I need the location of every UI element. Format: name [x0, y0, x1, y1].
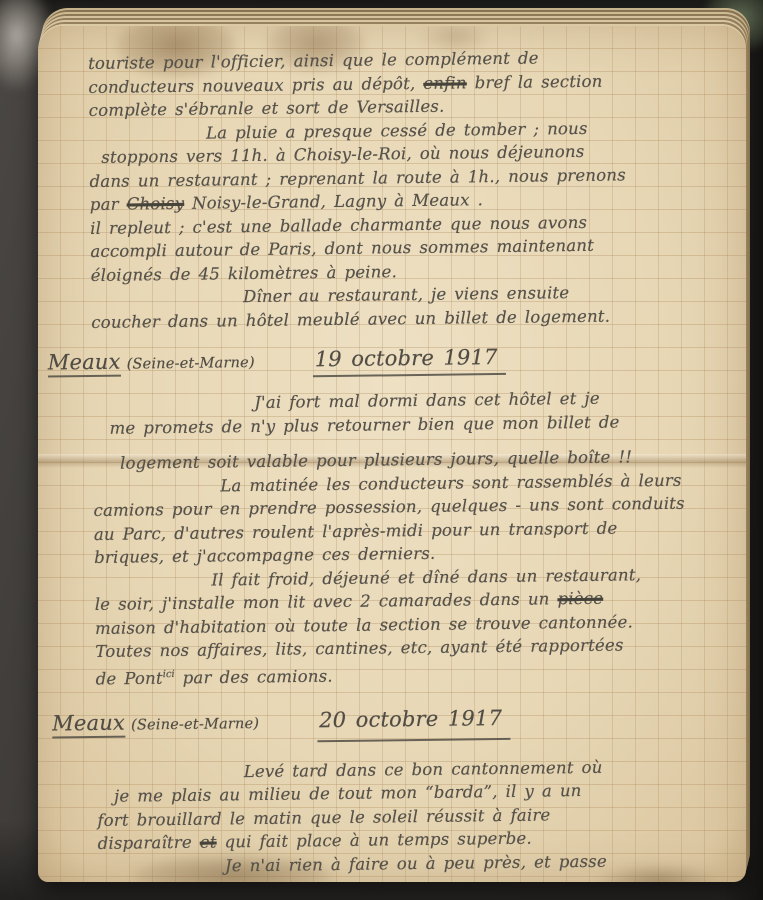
- text-segment: coucher dans un hôtel meublé avec un bil…: [91, 306, 610, 331]
- entry-date: 20 octobre 1917: [317, 704, 510, 741]
- text-segment: logement soit valable pour plusieurs jou…: [120, 447, 632, 472]
- text-segment: La pluie a presque cessé de tomber ; nou…: [206, 118, 588, 142]
- text-segment: conducteurs nouveaux pris au dépôt,: [88, 73, 423, 96]
- text-segment: stoppons vers 11h. à Choisy-le-Roi, où n…: [101, 142, 584, 167]
- text-segment: je me plais au milieu de tout mon “barda…: [114, 781, 582, 806]
- text-segment: Il fait froid, déjeuné et dîné dans un r…: [211, 565, 641, 589]
- text-segment: Levé tard dans ce bon cantonnement où: [244, 757, 603, 780]
- text-segment: qui fait place à un temps superbe.: [216, 829, 531, 852]
- entry-heading: Meaux(Seine-et-Marne)19 octobre 1917: [48, 341, 744, 381]
- text-segment: La matinée les conducteurs sont rassembl…: [220, 470, 682, 495]
- handwritten-line: me promets de n'y plus retourner bien qu…: [109, 409, 744, 440]
- notebook-page: touriste pour l'officier, ainsi que le c…: [38, 26, 746, 882]
- text-segment: complète s'ébranle et sort de Versailles…: [89, 97, 445, 120]
- text-segment: touriste pour l'officier, ainsi que le c…: [88, 48, 539, 73]
- text-segment: bref la section: [467, 71, 603, 92]
- strikethrough-word: enfin: [423, 73, 467, 93]
- entry-region: (Seine-et-Marne): [131, 715, 259, 733]
- text-segment: de Pont: [96, 668, 163, 688]
- handwritten-line: coucher dans un hôtel meublé avec un bil…: [91, 303, 743, 334]
- text-segment: J'ai fort mal dormi dans cet hôtel et je: [254, 389, 600, 412]
- text-segment: par des camions.: [175, 666, 333, 687]
- text-segment: le soir, j'installe mon lit avec 2 camar…: [95, 589, 558, 614]
- photo-of-war-diary: { "document": { "kind": "handwritten dia…: [0, 0, 763, 900]
- text-segment: fort brouillard le matin que le soleil r…: [97, 805, 550, 830]
- entry-place: Meaux: [48, 350, 121, 378]
- entry-place: Meaux: [52, 710, 125, 738]
- strikethrough-word: Choisy: [127, 194, 185, 214]
- text-segment: au Parc, d'autres roulent l'après-midi p…: [94, 518, 618, 543]
- handwriting-layer: touriste pour l'officier, ainsi que le c…: [88, 44, 746, 879]
- text-segment: Dîner au restaurant, je viens ensuite: [243, 283, 570, 306]
- text-segment: il repleut ; c'est une ballade charmante…: [90, 212, 587, 237]
- text-segment: me promets de n'y plus retourner bien qu…: [109, 412, 619, 437]
- text-segment: dans un restaurant ; reprenant la route …: [89, 165, 625, 191]
- strikethrough-word: pièce: [557, 589, 603, 609]
- text-segment: accompli autour de Paris, dont nous somm…: [90, 236, 594, 261]
- text-segment: Je n'ai rien à faire ou à peu près, et p…: [225, 851, 607, 875]
- text-segment: Noisy-le-Grand, Lagny à Meaux .: [184, 190, 483, 213]
- text-segment: éloignés de 45 kilomètres à peine.: [91, 262, 397, 285]
- entry-heading: Meaux(Seine-et-Marne)20 octobre 1917: [52, 701, 746, 745]
- superscript-insert: ici: [163, 668, 175, 679]
- text-segment: disparaître: [98, 833, 200, 853]
- text-segment: par: [90, 195, 127, 214]
- entry-region: (Seine-et-Marne): [127, 355, 255, 373]
- text-segment: briques, et j'accompagne ces derniers.: [94, 544, 435, 567]
- entry-date: 19 octobre 1917: [313, 344, 506, 377]
- strikethrough-word: et: [200, 832, 217, 851]
- text-segment: Toutes nos affaires, lits, cantines, etc…: [95, 636, 623, 661]
